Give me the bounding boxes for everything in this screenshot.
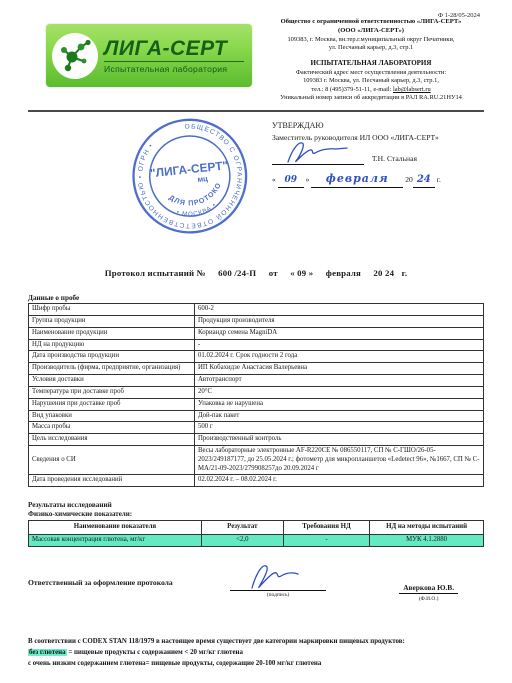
protocol-title: Протокол испытаний № 600 /24-П от « 09 »…: [28, 268, 484, 278]
table-row: Вид упаковкиДой-пак пакет: [29, 410, 484, 422]
table-row: Сведения о СИВесы лабораторные электронн…: [29, 446, 484, 475]
table-row: Шифр пробы600-2: [29, 304, 484, 316]
form-code: Ф 1-28/05-2024: [438, 12, 480, 19]
lab-address: 109383 г. Москва, ул. Песчаный карьер, д…: [258, 77, 484, 86]
table-row: Наименование продукцииКориандр семена Ma…: [29, 327, 484, 339]
org-address-1: 109383, г. Москва, вн.тер.г.муниципальны…: [258, 36, 484, 45]
result-name: Массовая концентрация глютена, мг/кг: [29, 535, 202, 547]
date-year-prefix: 20: [405, 175, 413, 184]
footnote-block: В соответствии с CODEX STAN 118/1979 в н…: [28, 636, 484, 669]
title-year: 20 24: [373, 268, 394, 278]
row-label: Дата проведения исследований: [29, 475, 195, 487]
results-subsection-title: Физико-химические показатели:: [28, 510, 484, 518]
org-address-2: ул. Песчаный карьер, д.3, стр.1: [258, 44, 484, 53]
results-header-nd: Требования НД: [283, 521, 369, 535]
row-value: 500 г: [195, 422, 484, 434]
row-label: Шифр пробы: [29, 304, 195, 316]
approver-signature-line: [272, 155, 364, 165]
title-month: февраля: [326, 268, 361, 278]
row-value: Производственный контроль: [195, 434, 484, 446]
row-label: Дата производства продукции: [29, 351, 195, 363]
footnote-line-1: В соответствии с CODEX STAN 118/1979 в н…: [28, 636, 484, 647]
row-label: Вид упаковки: [29, 410, 195, 422]
date-year-suffix: г.: [437, 175, 441, 184]
row-label: Производитель (фирма, предприятие, орган…: [29, 363, 195, 375]
row-value: Продукция производителя: [195, 315, 484, 327]
table-row: Группа продукцииПродукция производителя: [29, 315, 484, 327]
title-g: г.: [402, 268, 408, 278]
approve-label: УТВЕРЖДАЮ: [272, 120, 512, 132]
document-header: ЛИГА-СЕРТ Испытательная лаборатория Обще…: [28, 24, 484, 103]
sample-section-title: Данные о пробе: [28, 294, 484, 302]
row-value: -: [195, 339, 484, 351]
logo-subtitle: Испытательная лаборатория: [104, 64, 244, 74]
approval-date-line: « 09 » февраля 2024 г.: [272, 171, 512, 189]
row-value: Дой-пак пакет: [195, 410, 484, 422]
results-header-method: НД на методы испытаний: [370, 521, 484, 535]
row-label: Наименование продукции: [29, 327, 195, 339]
date-quote-close: »: [306, 175, 310, 184]
row-value: 02.02.2024 г. – 08.02.2024 г.: [195, 475, 484, 487]
logo-title: ЛИГА-СЕРТ: [104, 38, 244, 59]
approval-row: ОБЩЕСТВО С ОГРАНИЧЕННОЙ ОТВЕТСТВЕННОСТЬЮ…: [28, 112, 484, 254]
table-row: Нарушения при доставке пробУпаковка не н…: [29, 398, 484, 410]
signoff-signature-area: (подпись): [209, 577, 347, 602]
signoff-signature-icon: [246, 562, 306, 592]
row-value: 20°С: [195, 386, 484, 398]
results-section-title: Результаты исследований: [28, 501, 484, 509]
results-data-row: Массовая концентрация глютена, мг/кг <2,…: [29, 535, 484, 547]
approver-signature-icon: [284, 140, 350, 166]
table-row: Дата производства продукции01.02.2024 г.…: [29, 351, 484, 363]
gluten-free-highlight: без глютена: [28, 649, 67, 656]
footnote-line-2-rest: = пищевые продукты с содержанием < 20 мг…: [67, 649, 243, 656]
lab-email-link[interactable]: lab@labsert.ru: [393, 86, 431, 93]
row-label: НД на продукцию: [29, 339, 195, 351]
protocol-document: Ф 1-28/05-2024: [0, 0, 512, 683]
signoff-label: Ответственный за оформление протокола: [28, 577, 185, 602]
row-label: Температура при доставке проб: [29, 386, 195, 398]
approval-block: УТВЕРЖДАЮ Заместитель руководителя ИЛ ОО…: [272, 120, 512, 188]
molecule-icon: [52, 33, 98, 79]
signoff-signature-line: [230, 577, 326, 591]
stamp-center-text: "ЛИГА-СЕРТ": [149, 158, 228, 180]
approval-year-handwritten: 24: [413, 172, 435, 188]
lab-phone: тел.: 8 (495)379-51-11, e-mail:: [311, 86, 393, 93]
title-ot: от: [269, 268, 278, 278]
org-name: Общество с ограниченной ответственностью…: [258, 18, 484, 27]
approval-day-handwritten: 09: [278, 174, 304, 189]
row-value: Кориандр семена MagniDA: [195, 327, 484, 339]
org-short-name: (ООО «ЛИГА-СЕРТ»): [258, 27, 484, 36]
results-header-row: Наименование показателя Результат Требов…: [29, 521, 484, 535]
results-header-result: Результат: [201, 521, 283, 535]
title-day: « 09 »: [290, 268, 313, 278]
signoff-name-area: Аверкова Ю.В. (Ф.И.О.): [373, 577, 484, 602]
result-method: МУК 4.1.2880: [370, 535, 484, 547]
row-value: Весы лабораторные электронные AF-R220CE …: [195, 446, 484, 475]
lab-logo: ЛИГА-СЕРТ Испытательная лаборатория: [46, 24, 252, 87]
round-stamp-icon: ОБЩЕСТВО С ОГРАНИЧЕННОЙ ОТВЕТСТВЕННОСТЬЮ…: [120, 110, 260, 247]
title-number: 600 /24-П: [218, 268, 256, 278]
result-nd-req: -: [283, 535, 369, 547]
lab-address-caption: Фактический адрес мест осуществления дея…: [258, 69, 484, 78]
table-row: Масса пробы500 г: [29, 422, 484, 434]
row-label: Сведения о СИ: [29, 446, 195, 475]
approver-sign-line: Т.Н. Стальная: [272, 153, 512, 164]
footnote-line-3: с очень низким содержанием глютена= пище…: [28, 658, 484, 669]
approver-name: Т.Н. Стальная: [372, 154, 417, 163]
signoff-name: Аверкова Ю.В.: [399, 583, 458, 594]
lab-accreditation: Уникальный номер записи об аккредитации …: [258, 94, 484, 103]
title-label: Протокол испытаний №: [105, 268, 206, 278]
row-value: ИП Кобахидзе Анастасия Валерьевна: [195, 363, 484, 375]
row-value: Упаковка не нарушена: [195, 398, 484, 410]
row-label: Нарушения при доставке проб: [29, 398, 195, 410]
row-value: 01.02.2024 г. Срок годности 2 года: [195, 351, 484, 363]
signoff-sign-caption: (подпись): [209, 592, 347, 598]
logo-divider: [104, 61, 244, 62]
lab-contacts: тел.: 8 (495)379-51-11, e-mail: lab@labs…: [258, 86, 484, 95]
table-row: Производитель (фирма, предприятие, орган…: [29, 363, 484, 375]
approval-month-handwritten: февраля: [311, 171, 403, 189]
table-row: Температура при доставке проб20°С: [29, 386, 484, 398]
sample-table: Шифр пробы600-2 Группа продукцииПродукци…: [28, 303, 484, 487]
org-info-block: Общество с ограниченной ответственностью…: [258, 18, 484, 103]
row-label: Цель исследования: [29, 434, 195, 446]
row-label: Группа продукции: [29, 315, 195, 327]
results-header-name: Наименование показателя: [29, 521, 202, 535]
row-value: 600-2: [195, 304, 484, 316]
table-row: НД на продукцию-: [29, 339, 484, 351]
lab-title: ИСПЫТАТЕЛЬНАЯ ЛАБОРАТОРИЯ: [258, 59, 484, 68]
row-value: Автотранспорт: [195, 375, 484, 387]
row-label: Масса пробы: [29, 422, 195, 434]
stamp-mc-text: мц: [197, 174, 209, 184]
row-label: Условия доставки: [29, 375, 195, 387]
table-row: Условия доставкиАвтотранспорт: [29, 375, 484, 387]
table-row: Цель исследованияПроизводственный контро…: [29, 434, 484, 446]
result-value: <2,0: [201, 535, 283, 547]
results-table: Наименование показателя Результат Требов…: [28, 520, 484, 547]
footnote-line-2: без глютена = пищевые продукты с содержа…: [28, 647, 484, 658]
signoff-block: Ответственный за оформление протокола (п…: [28, 577, 484, 602]
date-quote-open: «: [272, 175, 276, 184]
logo-text: ЛИГА-СЕРТ Испытательная лаборатория: [104, 38, 244, 74]
table-row: Дата проведения исследований02.02.2024 г…: [29, 475, 484, 487]
signoff-name-caption: (Ф.И.О.): [373, 596, 484, 602]
